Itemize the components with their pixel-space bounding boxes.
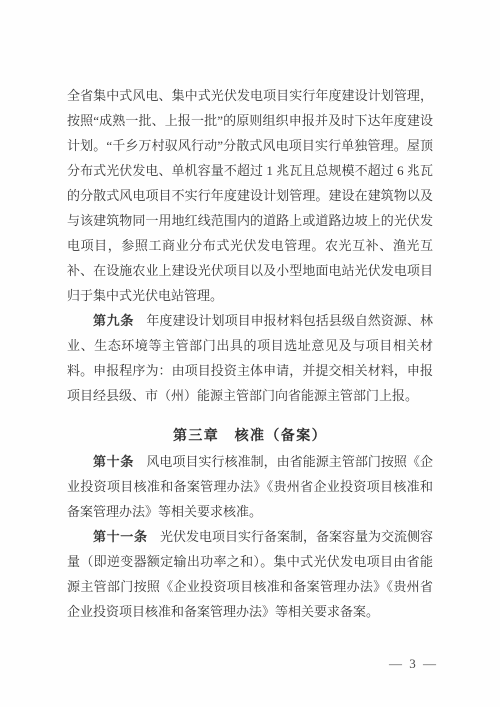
paragraph-article-11: 第十一条光伏发电项目实行备案制，备案容量为交流侧容量（即逆变器额定输出功率之和）… (67, 524, 433, 624)
document-page: 全省集中式风电、集中式光伏发电项目实行年度建设计划管理，按照“成熟一批、上报一批… (0, 0, 500, 707)
document-body: 全省集中式风电、集中式光伏发电项目实行年度建设计划管理，按照“成熟一批、上报一批… (67, 83, 433, 624)
article-9-number: 第九条 (93, 313, 134, 328)
chapter-3-heading: 第三章 核准（备案） (67, 424, 433, 449)
paragraph-continuation: 全省集中式风电、集中式光伏发电项目实行年度建设计划管理，按照“成熟一批、上报一批… (67, 83, 433, 308)
page-number: — 3 — (389, 656, 438, 672)
paragraph-article-9: 第九条年度建设计划项目申报材料包括县级自然资源、林业、生态环境等主管部门出具的项… (67, 308, 433, 408)
paragraph-article-10: 第十条风电项目实行核准制，由省能源主管部门按照《企业投资项目核准和备案管理办法》… (67, 449, 433, 524)
article-10-number: 第十条 (93, 454, 134, 469)
article-11-number: 第十一条 (93, 529, 148, 544)
